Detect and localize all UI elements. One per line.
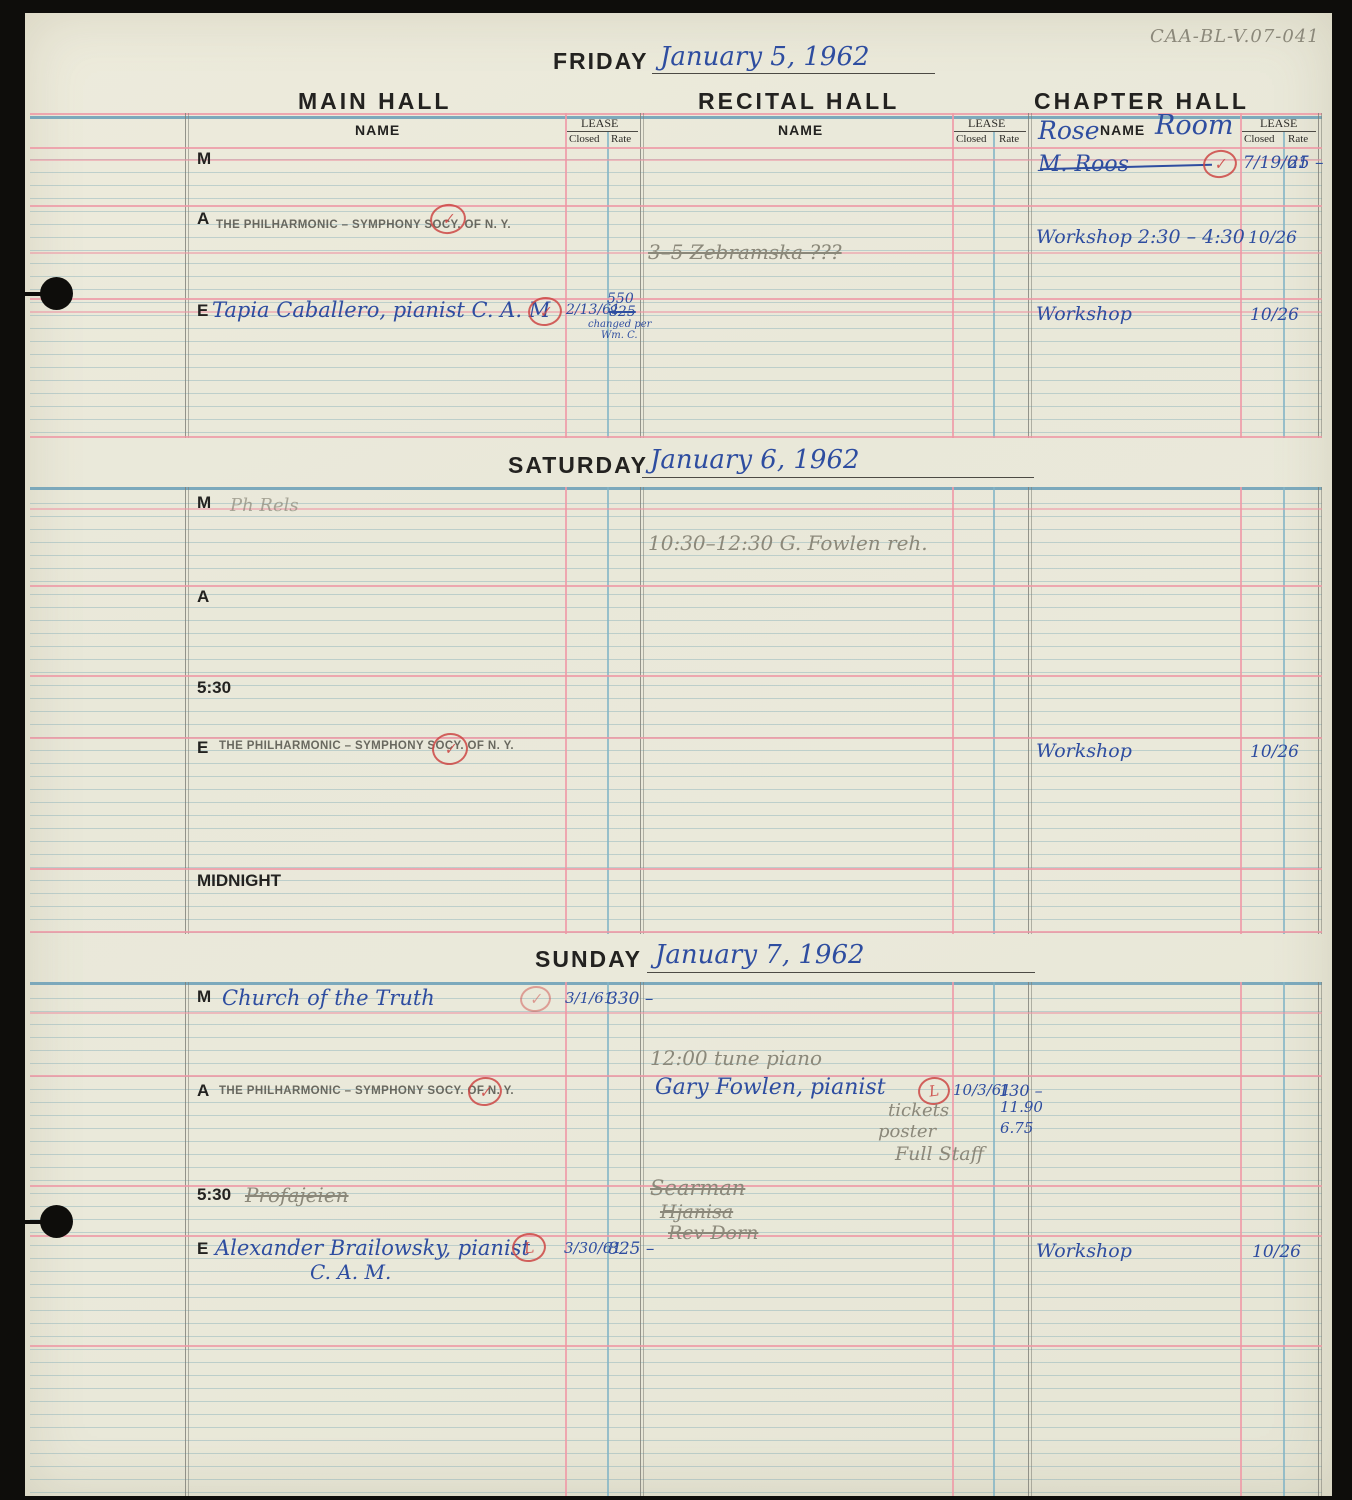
sunday-row-m: M xyxy=(197,987,211,1007)
grid-border-line xyxy=(30,113,1322,115)
saturday-recital-m-pencil-note: 10:30–12:30 G. Fowlen reh. xyxy=(648,531,928,555)
chapter-annotation-rose: Rose xyxy=(1038,116,1100,145)
column-line xyxy=(1028,113,1029,438)
lease-underline xyxy=(954,131,1026,132)
sunday-recital-530-cancelled-entry: Rev Dorn xyxy=(668,1222,758,1244)
philharmonic-stamp: THE PHILHARMONIC – SYMPHONY SOCY. OF N. … xyxy=(219,740,514,752)
band-line xyxy=(30,1345,1322,1347)
column-line xyxy=(1028,982,1029,1496)
sunday-recital-530-cancelled-entry: Searman xyxy=(650,1176,745,1200)
band-line xyxy=(30,585,1322,587)
scan-code: CAA-BL-V.07-041 xyxy=(1150,26,1320,47)
band-line xyxy=(30,931,1322,933)
sunday-row-e: E xyxy=(197,1239,208,1259)
column-line xyxy=(565,487,567,934)
chapter-closed-header: Closed xyxy=(1244,133,1275,145)
column-line xyxy=(1283,487,1285,934)
sunday-main-e-rate: 825 – xyxy=(608,1239,654,1259)
saturday-row-a: A xyxy=(197,587,209,607)
friday-row-e: E xyxy=(197,301,208,321)
chapter-lease-header: LEASE xyxy=(1260,116,1297,131)
sunday-recital-a-note-tickets: tickets xyxy=(888,1100,949,1121)
saturday-row-530: 5:30 xyxy=(197,678,231,698)
grid-border-line xyxy=(30,982,1322,985)
column-line xyxy=(607,132,609,438)
band-line xyxy=(30,1012,1322,1014)
scanned-ledger-page: CAA-BL-V.07-041 FRIDAY January 5, 1962 M… xyxy=(0,0,1352,1500)
philharmonic-stamp: THE PHILHARMONIC – SYMPHONY SOCY. OF N. … xyxy=(216,219,511,231)
column-line xyxy=(993,982,995,1496)
date-underline xyxy=(652,73,935,74)
sunday-recital-a-note-poster: poster xyxy=(878,1121,936,1142)
saturday-row-e: E xyxy=(197,738,208,758)
column-line xyxy=(185,487,186,934)
sunday-recital-tune-piano-note: 12:00 tune piano xyxy=(650,1046,822,1070)
date-underline xyxy=(647,972,1035,973)
friday-main-e-note: Wm. C. xyxy=(601,330,638,341)
lease-underline xyxy=(567,131,638,132)
recital-hall-title: RECITAL HALL xyxy=(698,88,899,115)
recital-name-header: NAME xyxy=(778,122,823,138)
friday-recital-a-cancelled-entry: 3–5 Zebramska ??? xyxy=(648,240,842,264)
sunday-main-e-name: Alexander Brailowsky, pianist xyxy=(215,1236,530,1260)
friday-chapter-a-closed: 10/26 xyxy=(1248,228,1297,248)
column-line xyxy=(1240,113,1242,438)
band-line xyxy=(30,508,1322,510)
friday-chapter-m-rate: 25 – xyxy=(1288,153,1324,173)
column-line xyxy=(640,487,641,934)
grid-border-line xyxy=(30,116,1322,119)
main-hall-title: MAIN HALL xyxy=(298,88,451,115)
recital-lease-header: LEASE xyxy=(968,116,1005,131)
sunday-chapter-e-name: Workshop xyxy=(1036,1240,1132,1262)
saturday-chapter-e-closed: 10/26 xyxy=(1250,742,1299,762)
band-line xyxy=(30,436,1322,438)
column-line xyxy=(640,113,641,438)
friday-chapter-e-name: Workshop xyxy=(1036,303,1132,325)
friday-row-m: M xyxy=(197,149,211,169)
binder-hole xyxy=(40,277,73,310)
column-line xyxy=(1028,487,1029,934)
saturday-date-handwritten: January 6, 1962 xyxy=(650,445,860,475)
column-line xyxy=(185,982,186,1496)
friday-chapter-a-name: Workshop 2:30 – 4:30 xyxy=(1036,226,1245,248)
column-line xyxy=(1240,487,1242,934)
main-lease-header: LEASE xyxy=(581,116,618,131)
recital-closed-header: Closed xyxy=(956,133,987,145)
sunday-recital-a-name: Gary Fowlen, pianist xyxy=(655,1075,886,1100)
saturday-row-m: M xyxy=(197,493,211,513)
column-line xyxy=(1318,487,1319,934)
column-line xyxy=(993,487,995,934)
band-line xyxy=(30,205,1322,207)
sunday-recital-530-cancelled-entry: Hjanisa xyxy=(660,1201,733,1223)
saturday-row-midnight: MIDNIGHT xyxy=(197,871,281,891)
grid-border-line xyxy=(30,487,1322,490)
chapter-annotation-room: Room xyxy=(1155,110,1233,141)
chapter-rate-header: Rate xyxy=(1288,133,1308,145)
friday-main-e-note: changed per xyxy=(588,319,651,330)
column-line xyxy=(952,487,954,934)
band-line xyxy=(30,675,1322,677)
sunday-row-530: 5:30 xyxy=(197,1185,231,1205)
main-rate-header: Rate xyxy=(611,133,631,145)
friday-main-e-rate-old: 825 xyxy=(609,304,636,320)
main-name-header: NAME xyxy=(355,122,400,138)
friday-main-e-name: Tapia Caballero, pianist C. A. M xyxy=(212,298,550,322)
column-line xyxy=(1283,132,1285,438)
saturday-chapter-e-name: Workshop xyxy=(1036,740,1132,762)
saturday-day-label: SATURDAY xyxy=(508,452,648,479)
recital-rate-header: Rate xyxy=(999,133,1019,145)
column-line xyxy=(952,113,954,438)
main-closed-header: Closed xyxy=(569,133,600,145)
column-line xyxy=(1318,982,1319,1496)
binder-hole xyxy=(40,1205,73,1238)
ruled-lines xyxy=(30,147,1322,438)
column-line xyxy=(952,982,954,1496)
date-underline xyxy=(642,477,1034,478)
sunday-main-m-name: Church of the Truth xyxy=(222,986,435,1010)
sunday-recital-a-poster-amount: 6.75 xyxy=(1000,1119,1033,1137)
sunday-row-a: A xyxy=(197,1081,209,1101)
sunday-day-label: SUNDAY xyxy=(535,946,642,973)
sunday-recital-a-note-full-staff: Full Staff xyxy=(895,1143,984,1165)
friday-chapter-m-name: M. Roos xyxy=(1038,152,1129,177)
column-line xyxy=(1283,982,1285,1496)
saturday-main-m-pencil-note: Ph Rels xyxy=(230,495,299,516)
sunday-recital-a-tickets-amount: 11.90 xyxy=(1000,1098,1043,1116)
column-line xyxy=(993,132,995,438)
band-line xyxy=(30,147,1322,149)
band-line xyxy=(30,737,1322,739)
column-line xyxy=(607,487,609,934)
friday-date-handwritten: January 5, 1962 xyxy=(660,42,870,72)
sunday-main-m-rate: 330 – xyxy=(607,989,653,1009)
sunday-main-e-name-line2: C. A. M. xyxy=(310,1260,391,1284)
column-line xyxy=(1240,982,1242,1496)
column-line xyxy=(565,113,567,438)
friday-chapter-e-closed: 10/26 xyxy=(1250,305,1299,325)
lease-underline xyxy=(1242,131,1316,132)
sunday-main-530-cancelled-entry: Profajeien xyxy=(245,1183,349,1207)
column-line xyxy=(185,113,186,438)
friday-row-a: A xyxy=(197,209,209,229)
chapter-name-header: NAME xyxy=(1100,122,1145,138)
sunday-date-handwritten: January 7, 1962 xyxy=(655,940,865,970)
friday-day-label: FRIDAY xyxy=(553,48,649,75)
sunday-chapter-e-closed: 10/26 xyxy=(1252,1242,1301,1262)
band-line xyxy=(30,868,1322,870)
